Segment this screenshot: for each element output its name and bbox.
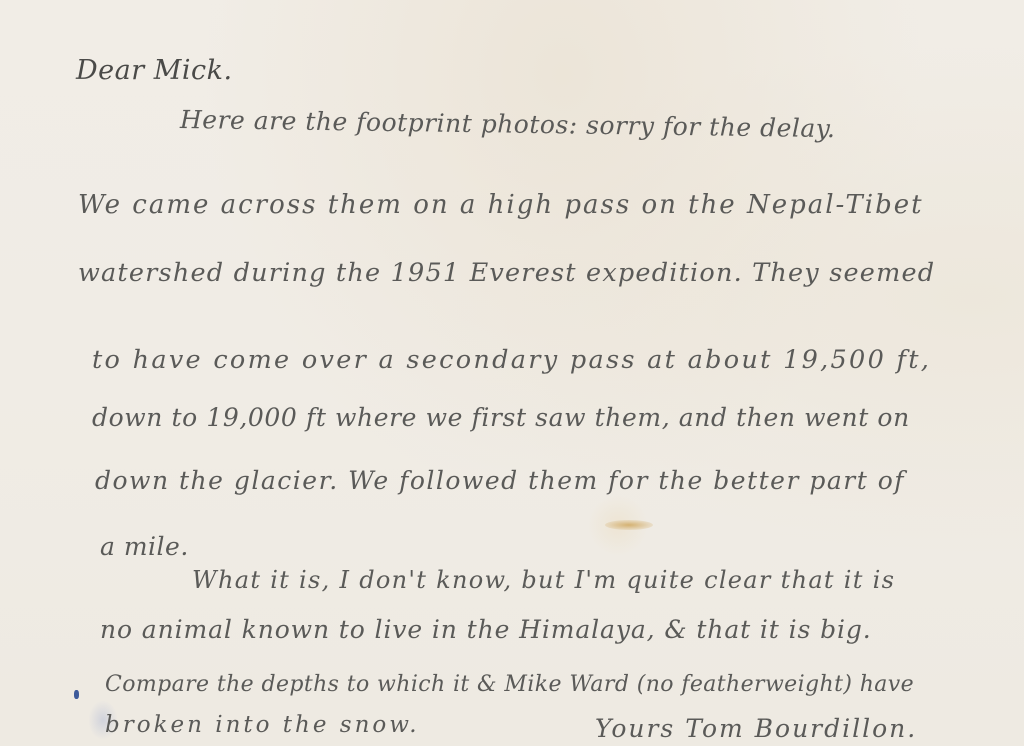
letter-line: a mile.: [100, 532, 189, 561]
letter-signature: Yours Tom Bourdillon.: [595, 714, 917, 743]
letter-line: We came across them on a high pass on th…: [78, 190, 924, 220]
letter-line: broken into the snow.: [105, 712, 420, 738]
letter-line: Compare the depths to which it & Mike Wa…: [105, 672, 914, 697]
blue-ink-blot: [74, 690, 79, 699]
letter-line: down the glacier. We followed them for t…: [95, 466, 905, 495]
paper-stain: [605, 520, 653, 530]
letter-line: down to 19,000 ft where we first saw the…: [92, 403, 910, 432]
letter-line: to have come over a secondary pass at ab…: [92, 345, 931, 375]
letter-line: What it is, I don't know, but I'm quite …: [192, 566, 895, 594]
letter-line: Here are the footprint photos: sorry for…: [180, 105, 836, 143]
letter-line: watershed during the 1951 Everest expedi…: [78, 258, 935, 288]
handwritten-letter-page: Dear Mick. Here are the footprint photos…: [0, 0, 1024, 746]
letter-salutation: Dear Mick.: [76, 55, 233, 86]
letter-line: no animal known to live in the Himalaya,…: [100, 615, 872, 644]
